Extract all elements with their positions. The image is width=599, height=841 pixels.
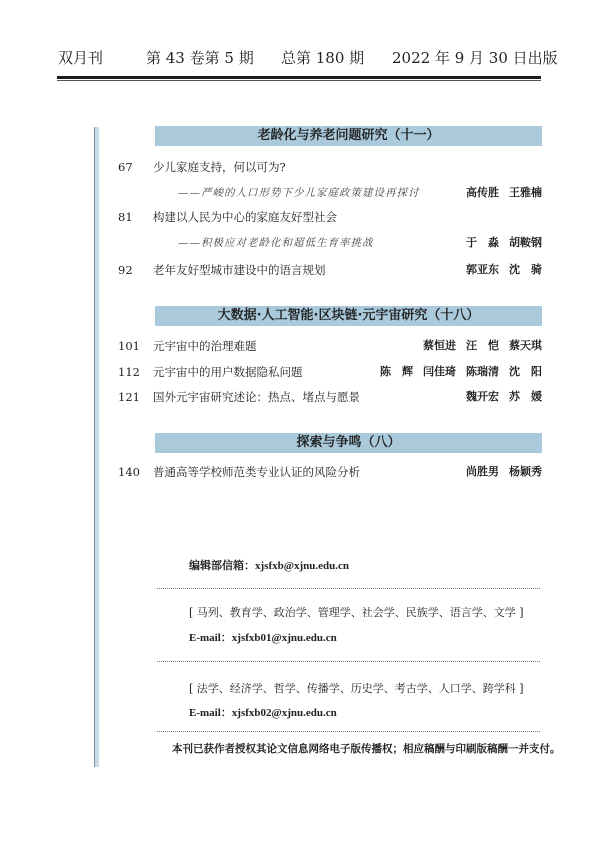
email-label: E-mail：: [189, 632, 232, 644]
group2-email[interactable]: xjsfxb02@xjnu.edu.cn: [232, 707, 337, 719]
group2-email-line: E-mail：xjsfxb02@xjnu.edu.cn: [189, 704, 337, 720]
group1-subjects: [ 马列、教育学、政治学、管理学、社会学、民族学、语言学、文学 ]: [189, 604, 524, 620]
subjects-list: [ 法学、经济学、哲学、传播学、历史学、考古学、人口学、跨学科 ]: [189, 682, 524, 695]
page-number: 101: [118, 338, 140, 354]
author: 郭亚东: [466, 263, 499, 276]
author: 尚胜男: [466, 465, 499, 478]
volume-issue-label: 第 43 卷第 5 期: [146, 47, 254, 68]
section-header-big-data: 大数据·人工智能·区块链·元宇宙研究（十八）: [155, 306, 542, 326]
toc-entry[interactable]: 121 国外元宇宙研究述论：热点、堵点与愿景 魏开宏苏 媛: [118, 389, 542, 405]
author: 杨颖秀: [509, 465, 542, 478]
page-number: 140: [118, 464, 140, 480]
author: 胡鞍钢: [509, 236, 542, 249]
article-title[interactable]: 老年友好型城市建设中的语言规划: [153, 262, 326, 278]
author: 闫佳琦: [423, 365, 456, 378]
section-header-exploration: 探索与争鸣（八）: [155, 433, 542, 453]
section-header-aging: 老龄化与养老问题研究（十一）: [155, 126, 542, 146]
article-authors: 魏开宏苏 媛: [456, 389, 542, 405]
group2-subjects: [ 法学、经济学、哲学、传播学、历史学、考古学、人口学、跨学科 ]: [189, 680, 524, 696]
toc-entry-subtitle: ——严峻的人口形势下少儿家庭政策建设再探讨 高传胜王雅楠: [118, 185, 542, 201]
dotted-divider: [157, 731, 540, 732]
article-authors: 于 淼胡鞍钢: [456, 235, 542, 251]
author: 于 淼: [466, 236, 499, 249]
subjects-list: [ 马列、教育学、政治学、管理学、社会学、民族学、语言学、文学 ]: [189, 606, 524, 619]
article-authors: 郭亚东沈 骑: [456, 262, 542, 278]
toc-entry[interactable]: 92 老年友好型城市建设中的语言规划 郭亚东沈 骑: [118, 262, 542, 278]
toc-entry[interactable]: 112 元宇宙中的用户数据隐私问题 陈 辉闫佳琦陈瑞清沈 阳: [118, 364, 542, 380]
article-subtitle: ——严峻的人口形势下少儿家庭政策建设再探讨: [178, 185, 420, 201]
frequency-label: 双月刊: [58, 47, 103, 68]
decorative-side-bar: [94, 127, 99, 767]
page-number: 112: [118, 364, 140, 380]
header-rule-thin: [57, 80, 541, 81]
article-title[interactable]: 元宇宙中的用户数据隐私问题: [153, 364, 303, 380]
page-number: 121: [118, 389, 140, 405]
author: 陈瑞清: [466, 365, 499, 378]
article-authors: 陈 辉闫佳琦陈瑞清沈 阳: [370, 364, 542, 380]
author: 陈 辉: [380, 365, 413, 378]
author: 蔡恒进: [423, 339, 456, 352]
author: 沈 阳: [509, 365, 542, 378]
article-title[interactable]: 普通高等学校师范类专业认证的风险分析: [153, 464, 360, 480]
section-title: 老龄化与养老问题研究（十一）: [257, 128, 439, 143]
section-title: 探索与争鸣（八）: [296, 435, 400, 450]
author: 汪 恺: [466, 339, 499, 352]
editorial-email[interactable]: xjsfxb@xjnu.edu.cn: [255, 560, 349, 572]
total-issue-label: 总第 180 期: [281, 47, 364, 68]
article-subtitle: ——积极应对老龄化和超低生育率挑战: [178, 235, 374, 251]
editorial-email-line: 编辑部信箱：xjsfxb@xjnu.edu.cn: [189, 557, 349, 573]
article-title[interactable]: 元宇宙中的治理难题: [153, 338, 257, 354]
toc-entry[interactable]: 140 普通高等学校师范类专业认证的风险分析 尚胜男杨颖秀: [118, 464, 542, 480]
page-number: 81: [118, 209, 133, 225]
masthead: 双月刊 第 43 卷第 5 期 总第 180 期 2022 年 9 月 30 日…: [58, 47, 540, 67]
author: 蔡天琪: [509, 339, 542, 352]
author: 苏 媛: [509, 390, 542, 403]
toc-entry[interactable]: 81 构建以人民为中心的家庭友好型社会: [118, 209, 542, 225]
copyright-notice: 本刊已获作者授权其论文信息网络电子版传播权；相应稿酬与印刷版稿酬一并支付。: [172, 741, 561, 756]
section-title: 大数据·人工智能·区块链·元宇宙研究（十八）: [218, 308, 480, 323]
publish-date-label: 2022 年 9 月 30 日出版: [392, 47, 558, 68]
article-title[interactable]: 构建以人民为中心的家庭友好型社会: [153, 209, 337, 225]
toc-entry-subtitle: ——积极应对老龄化和超低生育率挑战 于 淼胡鞍钢: [118, 235, 542, 251]
group1-email[interactable]: xjsfxb01@xjnu.edu.cn: [232, 632, 337, 644]
article-authors: 尚胜男杨颖秀: [456, 464, 542, 480]
group1-email-line: E-mail：xjsfxb01@xjnu.edu.cn: [189, 629, 337, 645]
header-rule-thick: [57, 76, 541, 79]
page-number: 92: [118, 262, 133, 278]
toc-entry[interactable]: 101 元宇宙中的治理难题 蔡恒进汪 恺蔡天琪: [118, 338, 542, 354]
dotted-divider: [157, 588, 540, 589]
article-title[interactable]: 少儿家庭支持，何以可为?: [153, 159, 286, 175]
toc-entry[interactable]: 67 少儿家庭支持，何以可为?: [118, 159, 542, 175]
editorial-email-label: 编辑部信箱：: [189, 559, 255, 572]
article-authors: 高传胜王雅楠: [456, 185, 542, 201]
author: 沈 骑: [509, 263, 542, 276]
article-title[interactable]: 国外元宇宙研究述论：热点、堵点与愿景: [153, 389, 360, 405]
author: 魏开宏: [466, 390, 499, 403]
email-label: E-mail：: [189, 707, 232, 719]
dotted-divider: [157, 661, 540, 662]
author: 高传胜: [466, 186, 499, 199]
article-authors: 蔡恒进汪 恺蔡天琪: [413, 338, 542, 354]
page-number: 67: [118, 159, 133, 175]
author: 王雅楠: [509, 186, 542, 199]
